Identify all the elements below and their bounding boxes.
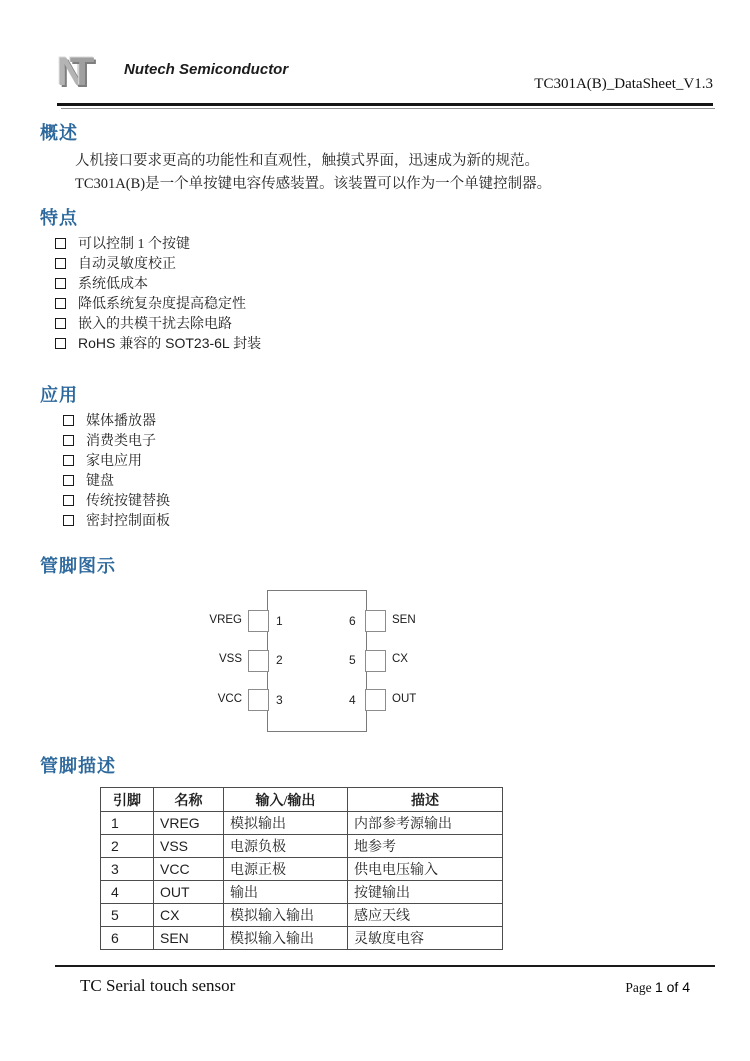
pin-label-sen: SEN: [392, 614, 416, 626]
col-header-name: 名称: [154, 788, 224, 812]
col-header-io: 输入/输出: [224, 788, 348, 812]
feature-label: 自动灵敏度校正: [78, 253, 176, 273]
cell-pin: 5: [101, 904, 154, 927]
pin-box-1: [248, 610, 269, 632]
feature-label: 嵌入的共模干扰去除电路: [78, 313, 232, 333]
company-logo: NT: [57, 50, 119, 96]
table-row: 2 VSS 电源负极 地参考: [101, 835, 503, 858]
cell-pin: 6: [101, 927, 154, 950]
cell-name: VREG: [154, 812, 224, 835]
checkbox-icon: [63, 435, 74, 446]
checkbox-icon: [63, 495, 74, 506]
table-row: 5 CX 模拟输入输出 感应天线: [101, 904, 503, 927]
feature-item: RoHS 兼容的 SOT23-6L 封装: [55, 333, 261, 353]
datasheet-page: NT Nutech Semiconductor TC301A(B)_DataSh…: [0, 0, 750, 1061]
application-label: 传统按键替换: [86, 490, 170, 510]
footer-title: TC Serial touch sensor: [80, 976, 235, 996]
section-title-overview: 概述: [40, 119, 78, 145]
cell-desc: 供电电压输入: [348, 858, 503, 881]
pin-box-4: [365, 689, 386, 711]
application-item: 键盘: [63, 470, 170, 490]
feature-item: 自动灵敏度校正: [55, 253, 261, 273]
pin-description-table: 引脚 名称 输入/输出 描述 1 VREG 模拟输出 内部参考源输出 2 VSS…: [100, 787, 503, 950]
features-list: 可以控制 1 个按键 自动灵敏度校正 系统低成本 降低系统复杂度提高稳定性 嵌入…: [55, 233, 261, 353]
table-row: 1 VREG 模拟输出 内部参考源输出: [101, 812, 503, 835]
feature-item: 降低系统复杂度提高稳定性: [55, 293, 261, 313]
cell-pin: 2: [101, 835, 154, 858]
checkbox-icon: [55, 278, 66, 289]
application-item: 媒体播放器: [63, 410, 170, 430]
checkbox-icon: [55, 318, 66, 329]
cell-desc: 地参考: [348, 835, 503, 858]
cell-desc: 灵敏度电容: [348, 927, 503, 950]
cell-io: 模拟输入输出: [224, 927, 348, 950]
pin-number-1: 1: [276, 614, 283, 628]
checkbox-icon: [55, 298, 66, 309]
pin-number-3: 3: [276, 693, 283, 707]
application-label: 媒体播放器: [86, 410, 156, 430]
company-name: Nutech Semiconductor: [124, 61, 288, 78]
application-item: 传统按键替换: [63, 490, 170, 510]
cell-pin: 4: [101, 881, 154, 904]
cell-name: CX: [154, 904, 224, 927]
document-title: TC301A(B)_DataSheet_V1.3: [534, 76, 713, 93]
header-rule-thick: [57, 103, 713, 106]
application-item: 消费类电子: [63, 430, 170, 450]
table-row: 6 SEN 模拟输入输出 灵敏度电容: [101, 927, 503, 950]
pin-label-vss: VSS: [180, 653, 242, 665]
section-title-pin-description: 管脚描述: [40, 752, 116, 778]
table-header-row: 引脚 名称 输入/输出 描述: [101, 788, 503, 812]
logo-letter-t: T: [70, 50, 94, 94]
pin-label-vcc: VCC: [180, 693, 242, 705]
cell-name: VSS: [154, 835, 224, 858]
application-label: 密封控制面板: [86, 510, 170, 530]
cell-io: 模拟输入输出: [224, 904, 348, 927]
pin-box-5: [365, 650, 386, 672]
pin-box-3: [248, 689, 269, 711]
page-label: Page: [625, 980, 655, 995]
cell-io: 模拟输出: [224, 812, 348, 835]
cell-name: OUT: [154, 881, 224, 904]
application-label: 家电应用: [86, 450, 142, 470]
col-header-pin: 引脚: [101, 788, 154, 812]
page-number: 1 of 4: [655, 979, 690, 995]
overview-paragraph-1: 人机接口要求更高的功能性和直观性，触摸式界面，迅速成为新的规范。: [75, 149, 539, 170]
pin-number-4: 4: [349, 693, 356, 707]
pin-label-cx: CX: [392, 653, 408, 665]
application-label: 消费类电子: [86, 430, 156, 450]
pin-label-vreg: VREG: [180, 614, 242, 626]
cell-desc: 感应天线: [348, 904, 503, 927]
pin-label-out: OUT: [392, 693, 416, 705]
section-title-features: 特点: [40, 204, 78, 230]
cell-pin: 3: [101, 858, 154, 881]
pin-box-2: [248, 650, 269, 672]
col-header-desc: 描述: [348, 788, 503, 812]
table-row: 3 VCC 电源正极 供电电压输入: [101, 858, 503, 881]
cell-desc: 内部参考源输出: [348, 812, 503, 835]
feature-item: 可以控制 1 个按键: [55, 233, 261, 253]
checkbox-icon: [55, 238, 66, 249]
checkbox-icon: [55, 338, 66, 349]
application-label: 键盘: [86, 470, 114, 490]
overview-paragraph-2: TC301A(B)是一个单按键电容传感装置。该装置可以作为一个单键控制器。: [75, 172, 551, 193]
cell-name: VCC: [154, 858, 224, 881]
section-title-pin-diagram: 管脚图示: [40, 552, 116, 578]
pin-box-6: [365, 610, 386, 632]
table-row: 4 OUT 输出 按键输出: [101, 881, 503, 904]
pin-number-6: 6: [349, 614, 356, 628]
cell-name: SEN: [154, 927, 224, 950]
feature-label: RoHS 兼容的 SOT23-6L 封装: [78, 333, 261, 353]
feature-item: 系统低成本: [55, 273, 261, 293]
checkbox-icon: [63, 475, 74, 486]
page-indicator: Page 1 of 4: [625, 979, 690, 996]
feature-item: 嵌入的共模干扰去除电路: [55, 313, 261, 333]
footer-rule: [55, 965, 715, 967]
cell-io: 电源正极: [224, 858, 348, 881]
feature-label: 降低系统复杂度提高稳定性: [78, 293, 246, 313]
section-title-applications: 应用: [40, 381, 78, 407]
feature-label: 系统低成本: [78, 273, 148, 293]
pin-number-2: 2: [276, 653, 283, 667]
header-rule-thin: [61, 108, 715, 109]
cell-io: 输出: [224, 881, 348, 904]
feature-label: 可以控制 1 个按键: [78, 233, 190, 253]
checkbox-icon: [63, 515, 74, 526]
cell-desc: 按键输出: [348, 881, 503, 904]
checkbox-icon: [63, 415, 74, 426]
applications-list: 媒体播放器 消费类电子 家电应用 键盘 传统按键替换 密封控制面板: [63, 410, 170, 530]
checkbox-icon: [55, 258, 66, 269]
cell-pin: 1: [101, 812, 154, 835]
pin-number-5: 5: [349, 653, 356, 667]
cell-io: 电源负极: [224, 835, 348, 858]
application-item: 密封控制面板: [63, 510, 170, 530]
checkbox-icon: [63, 455, 74, 466]
application-item: 家电应用: [63, 450, 170, 470]
